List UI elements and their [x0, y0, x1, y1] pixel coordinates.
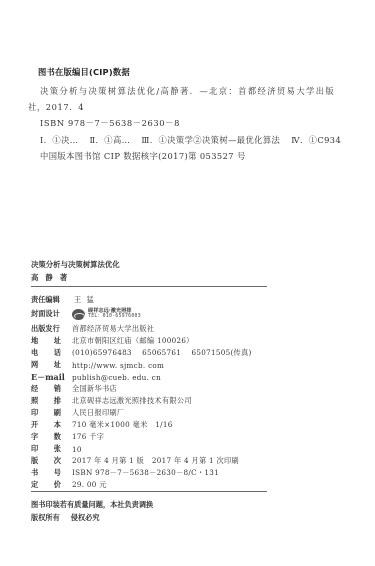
piracy-warning: 侵权必究	[71, 513, 100, 522]
label-price: 定价	[31, 480, 71, 490]
row-email: E－mail publish@cueb. edu. cn	[31, 371, 161, 383]
label-format: 开本	[31, 420, 71, 430]
value-typesetting: 北京砚祥志远激光照排技术有限公司	[72, 396, 192, 406]
row-sheets: 印张 10	[31, 443, 82, 455]
label-website: 网址	[31, 360, 71, 370]
cip-class-3: Ⅲ．①决策学②决策树—最优化算法	[141, 135, 280, 145]
label-word-count: 字数	[31, 432, 71, 442]
row-word-count: 字数 176 千字	[31, 431, 104, 443]
value-edition: 2017 年 4 月第 1 版 2017 年 4 月第 1 次印刷	[72, 456, 239, 466]
cip-isbn: ISBN 978－7－5638－2630－8	[40, 117, 180, 129]
copyright-page: 图书在版编目(CIP)数据 决策分析与决策树算法优化/高静著．—北京：首都经济贸…	[0, 0, 375, 566]
value-word-count: 176 千字	[72, 432, 104, 442]
row-price: 定价 29. 00 元	[31, 479, 107, 491]
row-book-number: 书号 ISBN 978－7－5638－2630－8/C・131	[31, 467, 219, 479]
value-sheets: 10	[72, 445, 82, 454]
cip-core-data-number: 中国版本图书馆 CIP 数据核字(2017)第 053527 号	[40, 150, 246, 162]
label-distributor: 经销	[31, 384, 71, 394]
label-typesetting: 照排	[31, 396, 71, 406]
quality-notice: 图书印装若有质量问题，本社负责调换	[31, 500, 153, 510]
value-price: 29. 00 元	[72, 480, 107, 490]
row-publisher: 出版发行 首都经济贸易大学出版社	[31, 323, 154, 335]
row-cover-design: 封面设计 砚祥志远·激光照排 TEL：010-65976003	[31, 306, 141, 322]
row-edition: 版次 2017 年 4 月第 1 版 2017 年 4 月第 1 次印刷	[31, 455, 239, 467]
row-phone: 电话 (010)65976483 65065761 65071505(传真)	[31, 347, 252, 359]
label-book-number: 书号	[31, 468, 71, 478]
cip-class-1: Ⅰ．①决…	[40, 135, 78, 145]
value-email: publish@cueb. edu. cn	[72, 373, 161, 382]
value-website: http://www. sjmcb. com	[72, 361, 164, 370]
label-email: E－mail	[31, 372, 71, 383]
label-publisher: 出版发行	[31, 324, 71, 334]
logo-tel: TEL：010-65976003	[88, 315, 141, 320]
value-distributor: 全国新华书店	[72, 384, 117, 394]
cip-classification: Ⅰ．①决… Ⅱ．①高… Ⅲ．①决策学②决策树—最优化算法 Ⅳ．①C934	[40, 134, 349, 146]
cip-description-line-1: 决策分析与决策树算法优化/高静著．—北京：首都经济贸易大学出版	[40, 85, 335, 97]
value-phone: (010)65976483 65065761 65071505(传真)	[72, 348, 252, 358]
rights-notice: 版权所有侵权必究	[31, 513, 100, 523]
cip-heading: 图书在版编目(CIP)数据	[38, 66, 130, 78]
book-author: 高静著	[31, 272, 74, 283]
label-edition: 版次	[31, 456, 71, 466]
divider-top	[31, 286, 267, 287]
label-address: 地址	[31, 336, 71, 346]
row-distributor: 经销 全国新华书店	[31, 383, 117, 395]
label-phone: 电话	[31, 348, 71, 358]
row-website: 网址 http://www. sjmcb. com	[31, 359, 164, 371]
book-title: 决策分析与决策树算法优化	[31, 259, 120, 270]
row-typesetting: 照排 北京砚祥志远激光照排技术有限公司	[31, 395, 192, 407]
value-address: 北京市朝阳区红庙（邮编 100026）	[72, 336, 194, 346]
cover-designer-logo: 砚祥志远·激光照排 TEL：010-65976003	[72, 309, 141, 320]
row-editor: 责任编辑 王 猛	[31, 294, 94, 306]
value-publisher: 首都经济贸易大学出版社	[72, 324, 154, 334]
row-address: 地址 北京市朝阳区红庙（邮编 100026）	[31, 335, 194, 347]
rights-reserved: 版权所有	[31, 513, 60, 522]
divider-bottom	[31, 491, 267, 492]
cip-class-2: Ⅱ．①高…	[90, 135, 131, 145]
cip-description-line-2: 社，2017．4	[28, 101, 84, 113]
label-cover-design: 封面设计	[31, 309, 71, 319]
label-sheets: 印张	[31, 444, 71, 454]
value-book-number: ISBN 978－7－5638－2630－8/C・131	[72, 468, 219, 478]
row-printer: 印刷 人民日报印刷厂	[31, 407, 124, 419]
logo-name: 砚祥志远·激光照排	[88, 309, 141, 314]
wave-circle-logo-icon	[72, 309, 85, 320]
value-editor: 王 猛	[74, 295, 94, 305]
value-printer: 人民日报印刷厂	[72, 408, 124, 418]
cip-class-4: Ⅳ．①C934	[291, 135, 341, 145]
label-editor: 责任编辑	[31, 295, 71, 305]
value-format: 710 毫米×1000 毫米 1/16	[72, 420, 173, 430]
row-format: 开本 710 毫米×1000 毫米 1/16	[31, 419, 173, 431]
label-printer: 印刷	[31, 408, 71, 418]
